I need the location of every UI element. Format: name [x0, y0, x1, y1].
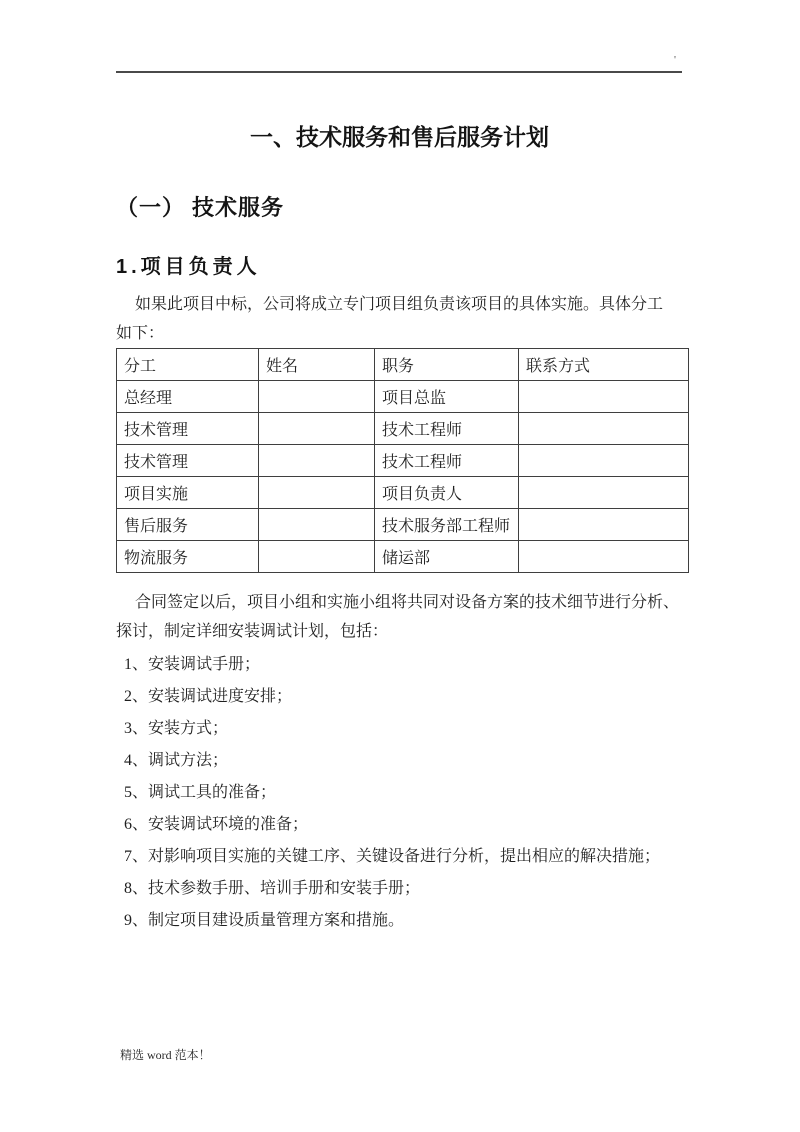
list-item: 3、安装方式； [116, 713, 683, 745]
subsection-heading: 1.项目负责人 [116, 254, 683, 281]
plan-paragraph: 合同签定以后，项目小组和实施小组将共同对设备方案的技术细节进行分析、 探讨，制定… [116, 588, 683, 646]
table-cell [519, 509, 689, 541]
list-item: 5、调试工具的准备； [116, 777, 683, 809]
table-header-cell: 分工 [117, 349, 259, 381]
plan-item-list: 1、安装调试手册； 2、安装调试进度安排； 3、安装方式； 4、调试方法； 5、… [116, 649, 683, 937]
section-label: 技术服务 [192, 195, 284, 220]
list-item: 6、安装调试环境的准备； [116, 809, 683, 841]
document-content: 一、技术服务和售后服务计划 （一）技术服务 1.项目负责人 如果此项目中标，公司… [116, 0, 683, 937]
table-cell: 技术工程师 [375, 413, 519, 445]
table-cell: 技术管理 [117, 445, 259, 477]
table-cell [519, 445, 689, 477]
table-header-cell: 姓名 [259, 349, 375, 381]
table-header-cell: 职务 [375, 349, 519, 381]
list-item: 2、安装调试进度安排； [116, 681, 683, 713]
table-cell: 总经理 [117, 381, 259, 413]
table-row: 售后服务 技术服务部工程师 [117, 509, 689, 541]
table-row: 项目实施 项目负责人 [117, 477, 689, 509]
list-item: 9、制定项目建设质量管理方案和措施。 [116, 905, 683, 937]
table-cell [259, 509, 375, 541]
table-header-cell: 联系方式 [519, 349, 689, 381]
paragraph-line: 合同签定以后，项目小组和实施小组将共同对设备方案的技术细节进行分析、 [116, 588, 683, 617]
table-cell [259, 541, 375, 573]
table-row: 技术管理 技术工程师 [117, 413, 689, 445]
table-cell [259, 381, 375, 413]
table-row: 技术管理 技术工程师 [117, 445, 689, 477]
list-item: 7、对影响项目实施的关键工序、关键设备进行分析，提出相应的解决措施； [116, 841, 683, 873]
paragraph-line: 如下： [116, 319, 683, 348]
table-cell [519, 477, 689, 509]
table-row: 总经理 项目总监 [117, 381, 689, 413]
table-row: 物流服务 储运部 [117, 541, 689, 573]
document-page: ' 一、技术服务和售后服务计划 （一）技术服务 1.项目负责人 如果此项目中标，… [0, 0, 800, 1132]
section-heading: （一）技术服务 [116, 193, 683, 223]
table-cell [519, 541, 689, 573]
paragraph-line: 探讨，制定详细安装调试计划，包括： [116, 617, 683, 646]
table-cell: 售后服务 [117, 509, 259, 541]
page-title: 一、技术服务和售后服务计划 [116, 122, 683, 153]
paragraph-line: 如果此项目中标，公司将成立专门项目组负责该项目的具体实施。具体分工 [116, 290, 683, 319]
table-cell: 项目总监 [375, 381, 519, 413]
table-cell [519, 381, 689, 413]
table-cell [259, 477, 375, 509]
section-number: （一） [116, 195, 185, 220]
intro-paragraph: 如果此项目中标，公司将成立专门项目组负责该项目的具体实施。具体分工 如下： [116, 290, 683, 348]
table-header-row: 分工 姓名 职务 联系方式 [117, 349, 689, 381]
table-cell: 项目负责人 [375, 477, 519, 509]
table-cell [519, 413, 689, 445]
table-cell [259, 445, 375, 477]
staff-table: 分工 姓名 职务 联系方式 总经理 项目总监 技术管理 技术工程师 [116, 348, 689, 573]
table-cell: 物流服务 [117, 541, 259, 573]
footer-note: 精选 word 范本！ [120, 1047, 211, 1063]
table-cell: 储运部 [375, 541, 519, 573]
table-cell [259, 413, 375, 445]
table-cell: 技术管理 [117, 413, 259, 445]
list-item: 8、技术参数手册、培训手册和安装手册； [116, 873, 683, 905]
table-cell: 技术工程师 [375, 445, 519, 477]
table-cell: 项目实施 [117, 477, 259, 509]
list-item: 1、安装调试手册； [116, 649, 683, 681]
list-item: 4、调试方法； [116, 745, 683, 777]
table-cell: 技术服务部工程师 [375, 509, 519, 541]
